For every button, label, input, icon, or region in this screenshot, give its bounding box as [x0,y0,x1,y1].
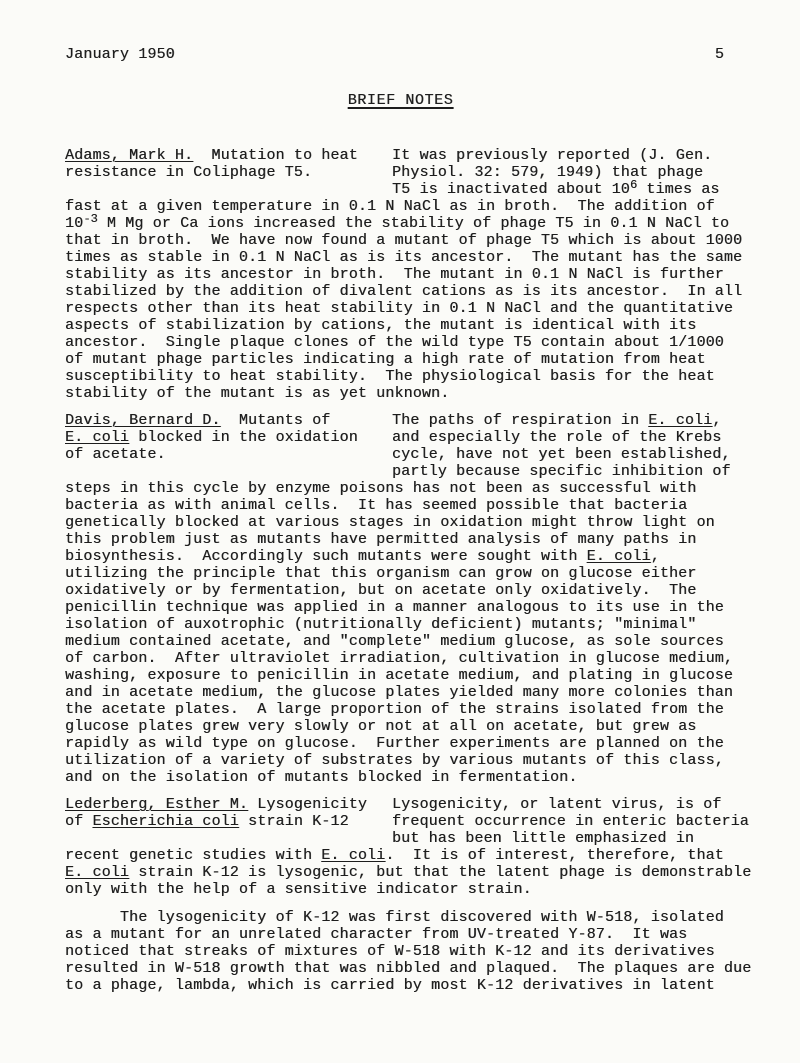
text-segment: The paths of respiration in [392,412,648,429]
text-line: this problem just as mutants have permit… [65,531,736,548]
text-line: oxidatively or by fermentation, but on a… [65,582,736,599]
text-segment: times as [637,181,719,198]
document-page: January 1950 5 BRIEF NOTES Adams, Mark H… [0,0,800,1063]
text-segment: of mutant phage particles indicating a h… [65,351,706,368]
text-line: recent genetic studies with E. coli. It … [65,847,736,864]
text-line: partly because specific inhibition of [392,463,736,480]
text-segment: rapidly as wild type on glucose. Further… [65,735,724,752]
text-segment: stability of the mutant is as yet unknow… [65,385,449,402]
entry-lead-text: It was previously reported (J. Gen.Physi… [392,147,736,198]
text-segment: , [712,412,721,429]
text-segment: respects other than its heat stability i… [65,300,733,317]
text-segment: stabilized by the addition of divalent c… [65,283,742,300]
text-segment: of acetate. [65,446,166,463]
text-segment: strain K-12 is lysogenic, but that the l… [129,864,751,881]
text-segment: partly because specific inhibition of [392,463,731,480]
text-line: of carbon. After ultraviolet irradiation… [65,650,736,667]
section-title: BRIEF NOTES [348,92,454,109]
text-line: T5 is inactivated about 106 times as [392,181,736,198]
note-entry-lederberg: Lederberg, Esther M. Lysogenicityof Esch… [65,796,736,898]
text-line: biosynthesis. Accordingly such mutants w… [65,548,736,565]
text-segment: blocked in the oxidation [129,429,358,446]
text-segment: . It is of interest, therefore, that [385,847,724,864]
text-segment: and in acetate medium, the glucose plate… [65,684,733,701]
note-entry-davis: Davis, Bernard D. Mutants ofE. coli bloc… [65,412,736,786]
entry-columns: Davis, Bernard D. Mutants ofE. coli bloc… [65,412,736,480]
text-line: stability of the mutant is as yet unknow… [65,385,736,402]
text-segment: Mutants of [221,412,331,429]
text-segment: strain K-12 [239,813,349,830]
text-line: Davis, Bernard D. Mutants of [65,412,392,429]
text-segment: stability as its ancestor in broth. The … [65,266,724,283]
entry-heading: Lederberg, Esther M. Lysogenicityof Esch… [65,796,392,847]
text-line: that in broth. We have now found a mutan… [65,232,736,249]
text-segment: Lysogenicity, or latent virus, is of [392,796,721,813]
text-segment: and especially the role of the Krebs [392,429,721,446]
entry-lead-text: Lysogenicity, or latent virus, is offreq… [392,796,749,847]
text-line: Adams, Mark H. Mutation to heat [65,147,392,164]
text-line: but has been little emphasized in [392,830,749,847]
text-line: medium contained acetate, and "complete"… [65,633,736,650]
text-segment: ancestor. Single plaque clones of the wi… [65,334,724,351]
text-segment: to a phage, lambda, which is carried by … [65,977,715,994]
text-segment: times as stable in 0.1 N NaCl as is its … [65,249,742,266]
text-line: rapidly as wild type on glucose. Further… [65,735,736,752]
text-segment: isolation of auxotrophic (nutritionally … [65,616,696,633]
text-segment: of [65,813,92,830]
text-segment: , [651,548,660,565]
text-line: Lederberg, Esther M. Lysogenicity [65,796,392,813]
text-segment: resulted in W-518 growth that was nibble… [65,960,751,977]
text-segment: Lysogenicity [248,796,367,813]
text-line: E. coli strain K-12 is lysogenic, but th… [65,864,736,881]
text-segment: but has been little emphasized in [392,830,694,847]
note-entry-adams: Adams, Mark H. Mutation to heatresistanc… [65,147,736,402]
text-segment: and on the isolation of mutants blocked … [65,769,577,786]
text-segment: genetically blocked at various stages in… [65,514,715,531]
entry-columns: Adams, Mark H. Mutation to heatresistanc… [65,147,736,198]
text-segment: T5 is inactivated about 10 [392,181,630,198]
text-line: bacteria as with animal cells. It has se… [65,497,736,514]
page-number: 5 [715,46,736,63]
text-line: of Escherichia coli strain K-12 [65,813,392,830]
text-line: Physiol. 32: 579, 1949) that phage [392,164,736,181]
entry-body-text: steps in this cycle by enzyme poisons ha… [65,480,736,786]
text-segment: utilizing the principle that this organi… [65,565,696,582]
text-segment: of carbon. After ultraviolet irradiation… [65,650,733,667]
text-line: genetically blocked at various stages in… [65,514,736,531]
underlined-text: Lederberg, Esther M. [65,796,248,813]
text-line: stabilized by the addition of divalent c… [65,283,736,300]
text-segment: resistance in Coliphage T5. [65,164,312,181]
text-segment: the acetate plates. A large proportion o… [65,701,724,718]
text-segment: that in broth. We have now found a mutan… [65,232,742,249]
text-segment: penicillin technique was applied in a ma… [65,599,724,616]
text-line: glucose plates grew very slowly or not a… [65,718,736,735]
text-line: stability as its ancestor in broth. The … [65,266,736,283]
entry-heading: Adams, Mark H. Mutation to heatresistanc… [65,147,392,198]
entry-body-text: fast at a given temperature in 0.1 N NaC… [65,198,736,402]
underlined-text: Adams, Mark H. [65,147,193,164]
underlined-text: E. coli [65,864,129,881]
text-line: to a phage, lambda, which is carried by … [65,977,736,994]
entry-columns: Lederberg, Esther M. Lysogenicityof Esch… [65,796,736,847]
entry-heading: Davis, Bernard D. Mutants ofE. coli bloc… [65,412,392,480]
text-line: Lysogenicity, or latent virus, is of [392,796,749,813]
text-line: the acetate plates. A large proportion o… [65,701,736,718]
text-segment: noticed that streaks of mixtures of W-51… [65,943,715,960]
text-segment: medium contained acetate, and "complete"… [65,633,724,650]
text-line: ancestor. Single plaque clones of the wi… [65,334,736,351]
entry-body-text: recent genetic studies with E. coli. It … [65,847,736,898]
superscript-text: 6 [630,178,637,192]
text-line: steps in this cycle by enzyme poisons ha… [65,480,736,497]
text-segment: this problem just as mutants have permit… [65,531,696,548]
text-segment: It was previously reported (J. Gen. [392,147,712,164]
text-segment: only with the help of a sensitive indica… [65,881,532,898]
section-title-wrap: BRIEF NOTES [65,92,736,109]
text-line: of mutant phage particles indicating a h… [65,351,736,368]
text-line: 10-3 M Mg or Ca ions increased the stabi… [65,215,736,232]
text-line: respects other than its heat stability i… [65,300,736,317]
underlined-text: E. coli [321,847,385,864]
underlined-text: E. coli [587,548,651,565]
text-line: The lysogenicity of K-12 was first disco… [65,909,736,926]
underlined-text: Davis, Bernard D. [65,412,221,429]
closing-paragraph: The lysogenicity of K-12 was first disco… [65,909,736,994]
text-segment: fast at a given temperature in 0.1 N NaC… [65,198,715,215]
entry-lead-text: The paths of respiration in E. coli,and … [392,412,736,480]
text-line: penicillin technique was applied in a ma… [65,599,736,616]
underlined-text: Escherichia coli [92,813,238,830]
text-segment: susceptibility to heat stability. The ph… [65,368,715,385]
superscript-text: -3 [83,212,97,226]
text-segment: cycle, have not yet been established, [392,446,731,463]
underlined-text: E. coli [65,429,129,446]
text-line: and in acetate medium, the glucose plate… [65,684,736,701]
text-line: isolation of auxotrophic (nutritionally … [65,616,736,633]
text-segment: frequent occurrence in enteric bacteria [392,813,749,830]
text-line: and on the isolation of mutants blocked … [65,769,736,786]
text-segment: utilization of a variety of substrates b… [65,752,724,769]
text-segment: oxidatively or by fermentation, but on a… [65,582,696,599]
text-segment: aspects of stabilization by cations, the… [65,317,696,334]
text-line: utilization of a variety of substrates b… [65,752,736,769]
text-line: resulted in W-518 growth that was nibble… [65,960,736,977]
underlined-text: E. coli [648,412,712,429]
text-segment: glucose plates grew very slowly or not a… [65,718,696,735]
text-segment: recent genetic studies with [65,847,321,864]
text-line: It was previously reported (J. Gen. [392,147,736,164]
text-line: times as stable in 0.1 N NaCl as is its … [65,249,736,266]
text-segment: bacteria as with animal cells. It has se… [65,497,687,514]
text-segment: biosynthesis. Accordingly such mutants w… [65,548,587,565]
text-segment: The lysogenicity of K-12 was first disco… [65,909,724,926]
page-header: January 1950 5 [65,46,736,63]
text-line: utilizing the principle that this organi… [65,565,736,582]
text-segment: 10 [65,215,83,232]
text-line: resistance in Coliphage T5. [65,164,392,181]
text-line: fast at a given temperature in 0.1 N NaC… [65,198,736,215]
page-content: Adams, Mark H. Mutation to heatresistanc… [65,147,736,994]
text-line: only with the help of a sensitive indica… [65,881,736,898]
text-line: as a mutant for an unrelated character f… [65,926,736,943]
text-segment: M Mg or Ca ions increased the stability … [98,215,729,232]
text-line: The paths of respiration in E. coli, [392,412,736,429]
text-line: noticed that streaks of mixtures of W-51… [65,943,736,960]
text-segment: Mutation to heat [193,147,358,164]
issue-date: January 1950 [65,46,175,63]
text-segment: steps in this cycle by enzyme poisons ha… [65,480,696,497]
text-segment: Physiol. 32: 579, 1949) that phage [392,164,703,181]
text-segment: washing, exposure to penicillin in aceta… [65,667,733,684]
text-line: washing, exposure to penicillin in aceta… [65,667,736,684]
text-line: and especially the role of the Krebs [392,429,736,446]
text-line: cycle, have not yet been established, [392,446,736,463]
text-line: E. coli blocked in the oxidation [65,429,392,446]
text-line: of acetate. [65,446,392,463]
text-line: aspects of stabilization by cations, the… [65,317,736,334]
text-segment: as a mutant for an unrelated character f… [65,926,687,943]
text-line: susceptibility to heat stability. The ph… [65,368,736,385]
text-line: frequent occurrence in enteric bacteria [392,813,749,830]
